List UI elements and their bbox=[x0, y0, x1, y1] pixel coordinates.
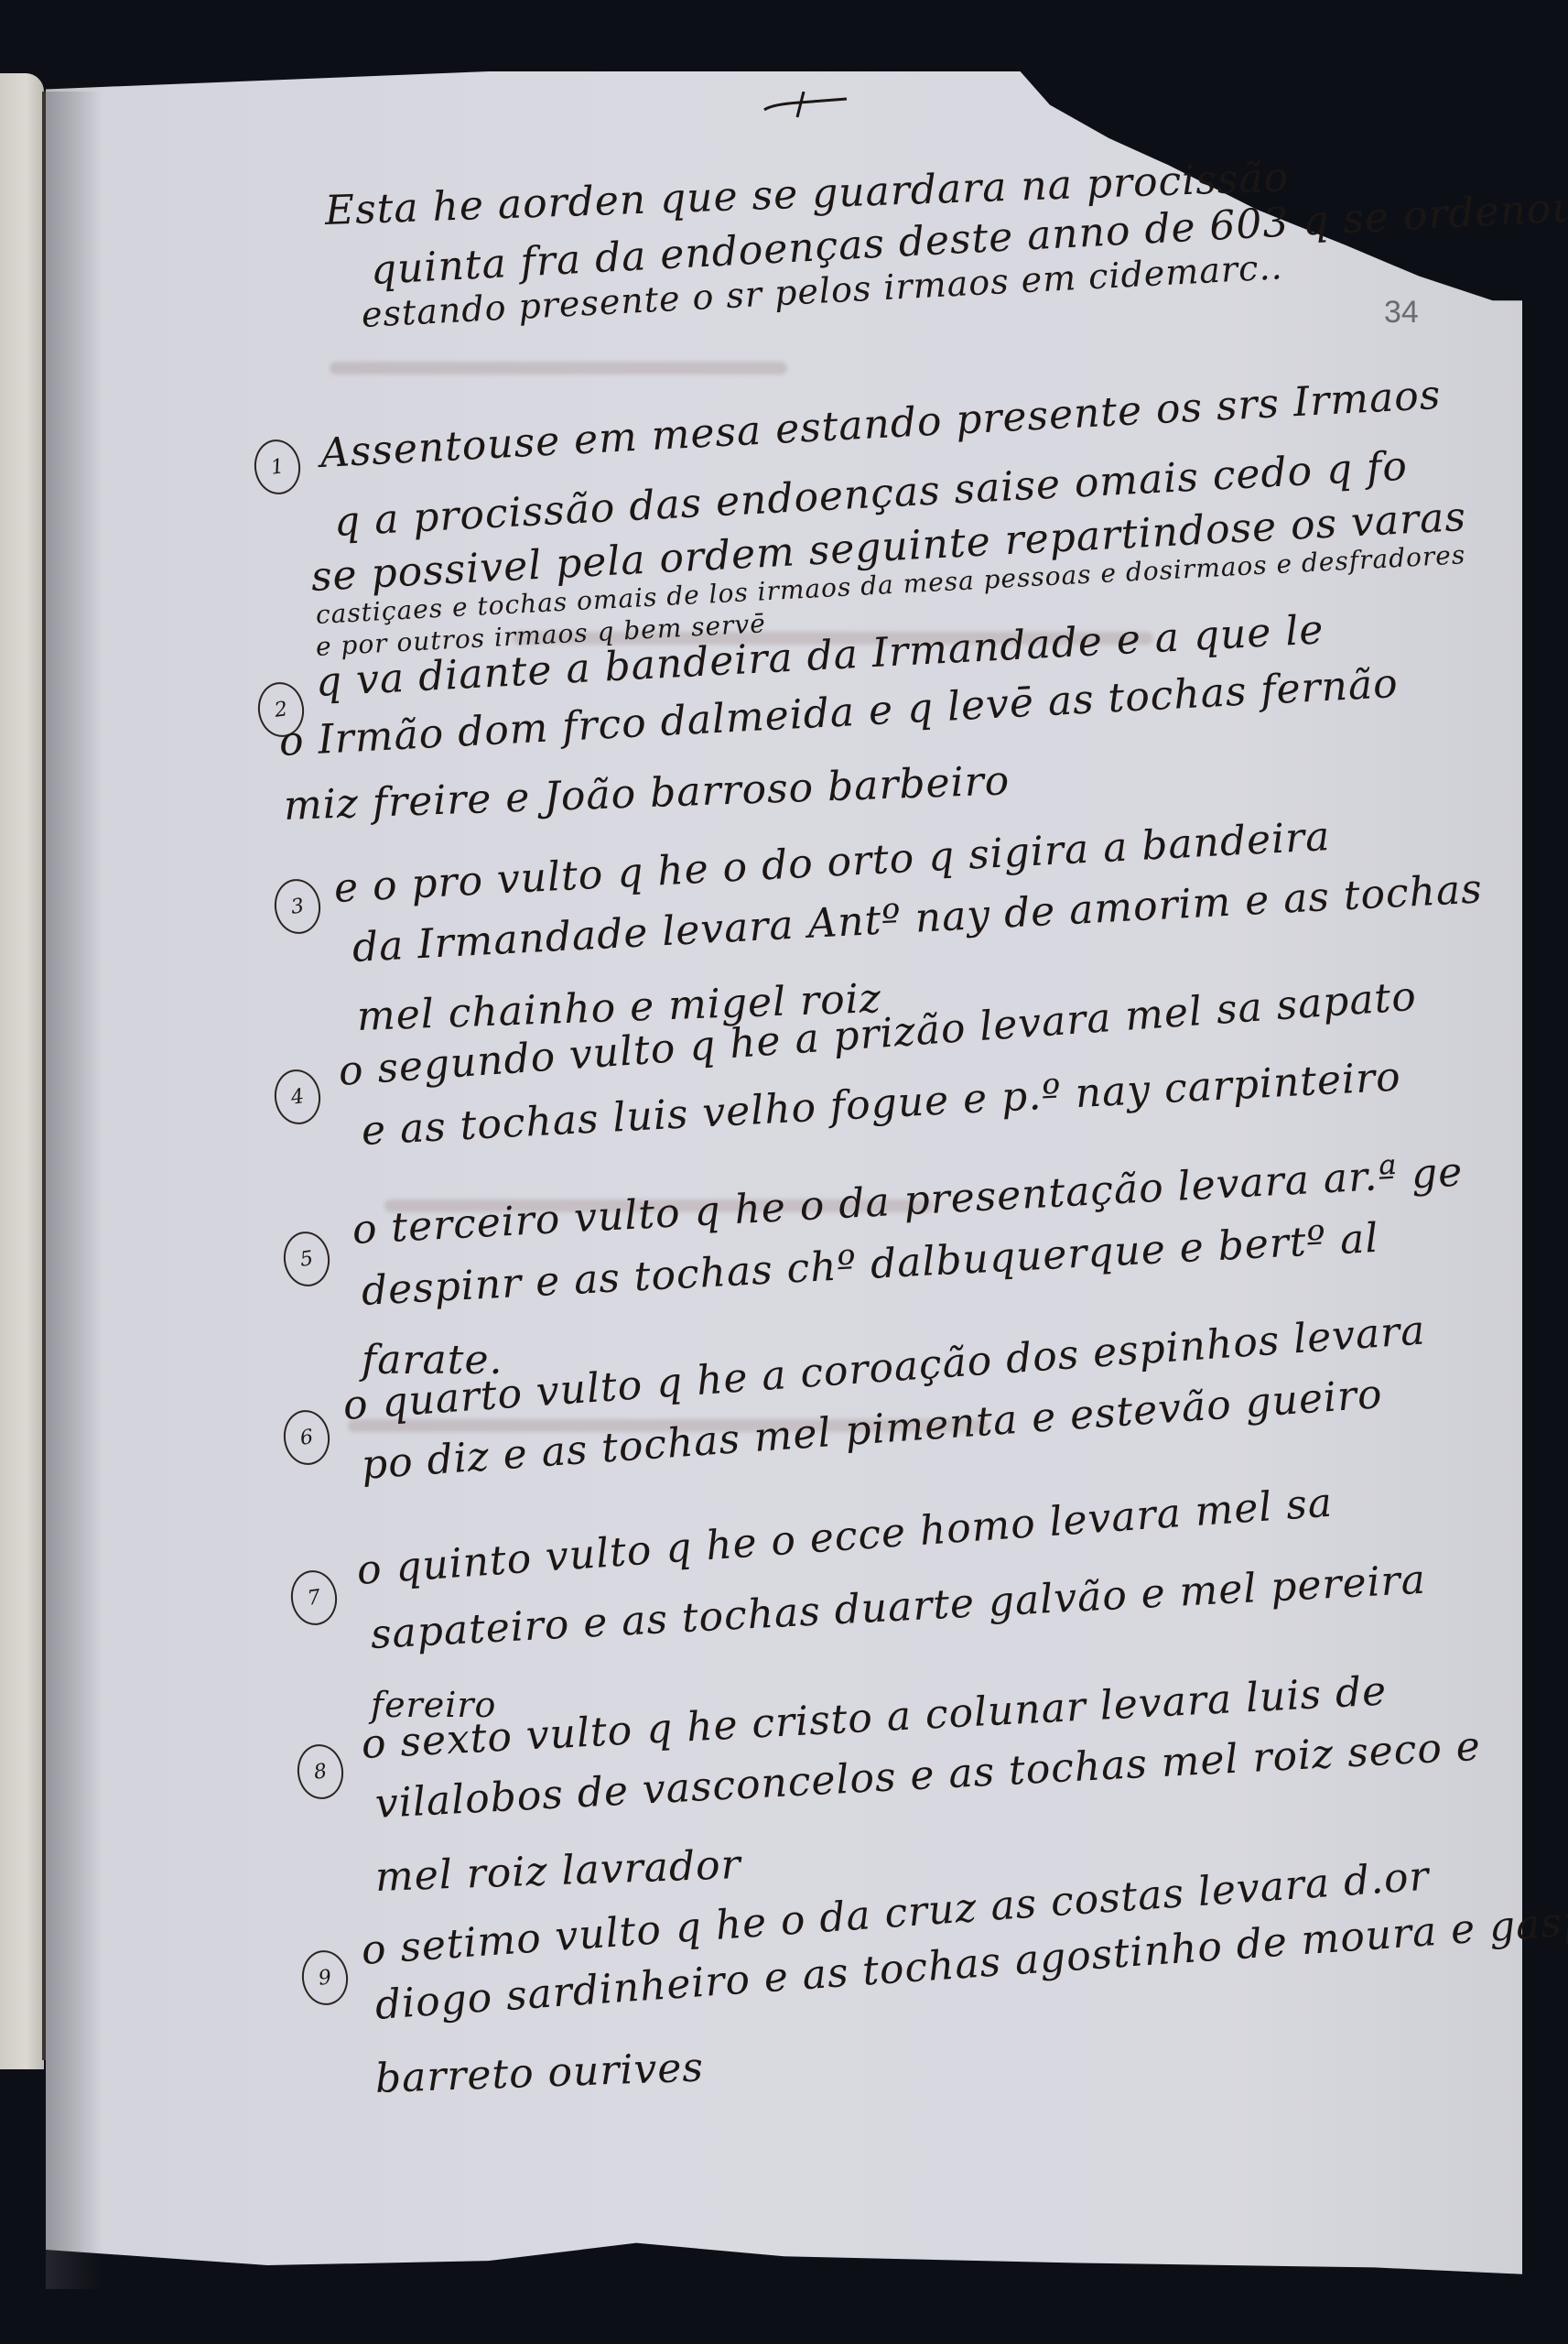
folio-number: 34 bbox=[1384, 295, 1419, 331]
page-curl-shadow bbox=[46, 92, 101, 2289]
bleed-through-mark bbox=[330, 362, 787, 374]
facing-page-edge bbox=[0, 73, 44, 2069]
cross-icon bbox=[762, 92, 849, 119]
